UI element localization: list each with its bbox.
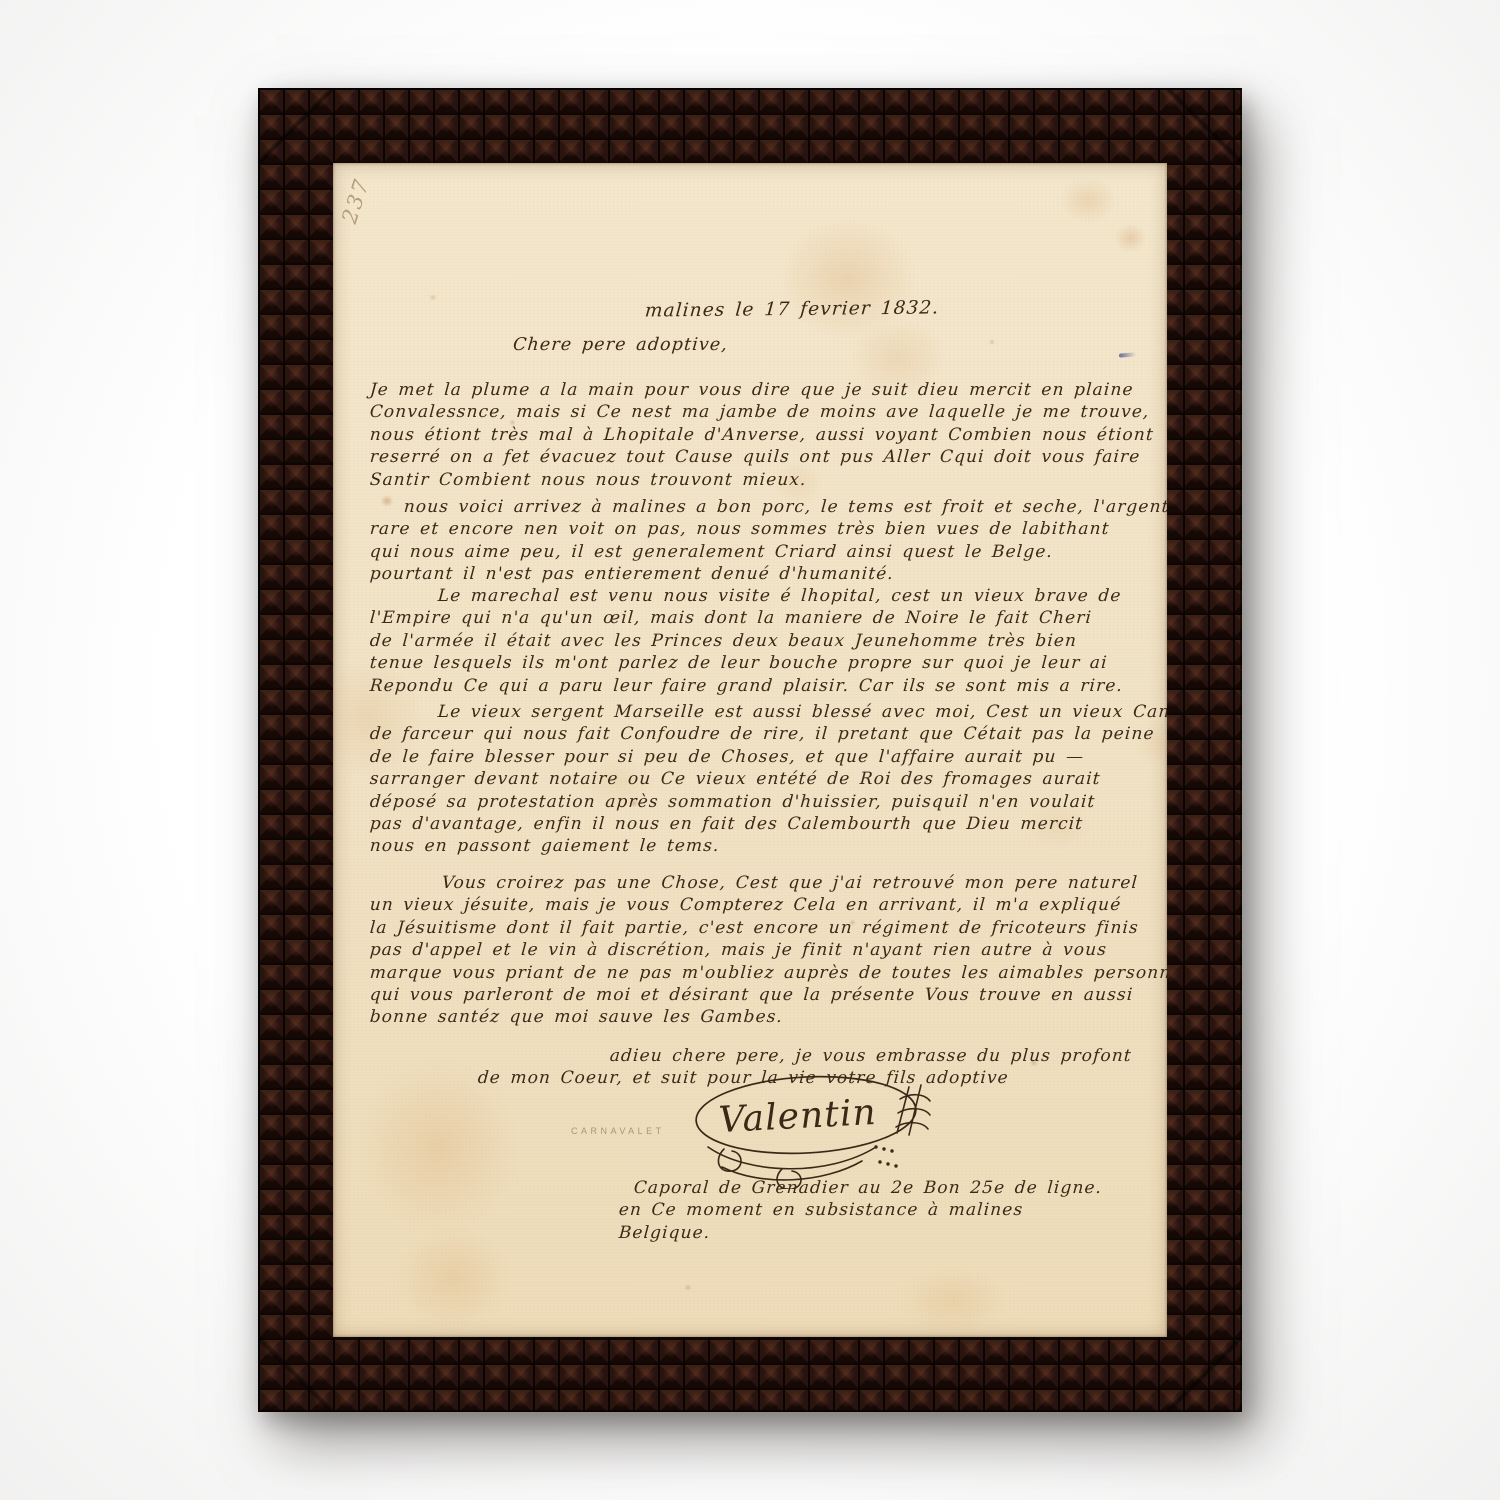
letter-line: nous en passont gaiement le tems.: [369, 835, 1161, 857]
letter-dateline: malines le 17 fevrier 1832.: [644, 297, 940, 321]
letter-line: de farceur qui nous fait Confoudre de ri…: [369, 723, 1161, 745]
letter-line: un vieux jésuite, mais je vous Compterez…: [369, 894, 1161, 916]
letter-line: Le marechal est venu nous visite é lhopi…: [369, 585, 1161, 607]
stain-blob: [988, 338, 996, 346]
stain-blob: [1108, 218, 1153, 258]
frame-corner-seam: [258, 88, 333, 163]
letter-line: Convalessnce, mais si Ce nest ma jambe d…: [369, 401, 1161, 423]
blue-ink-mark: [1119, 352, 1136, 357]
letter-line: pas d'appel et le vin à discrétion, mais…: [369, 939, 1161, 961]
postscript-line: Caporal de Grenadier au 2e Bon 25e de li…: [618, 1177, 1167, 1199]
paraph-dots: [874, 1145, 897, 1167]
closing-line: adieu chere pere, je vous embrasse du pl…: [369, 1045, 1161, 1067]
letter-line: reserré on a fet évacuez tout Cause quil…: [369, 446, 1161, 468]
letter-line: Santir Combient nous nous trouvont mieux…: [369, 469, 1161, 491]
stain-blob: [428, 293, 438, 302]
letter-line: l'Empire qui n'a qu'un œil, mais dont la…: [369, 607, 1161, 629]
letter-line: pas d'avantage, enfin il nous en fait de…: [369, 813, 1161, 835]
letter-paper: 237 malines le 17 fevrier 1832. Chere pe…: [333, 163, 1167, 1337]
letter-line: marque vous priant de ne pas m'oubliez a…: [369, 962, 1161, 984]
letter-line: sarranger devant notaire ou Ce vieux ent…: [369, 768, 1161, 790]
letter-line: la Jésuitisme dont il fait partie, c'est…: [369, 917, 1161, 939]
letter-line: nous voici arrivez à malines a bon porc,…: [369, 496, 1161, 518]
letter-line: Repondu Ce qui a paru leur faire grand p…: [369, 675, 1161, 697]
letter-paragraph-5: Vous croirez pas une Chose, Cest que j'a…: [369, 872, 1159, 1029]
stain-blob: [373, 1203, 533, 1337]
signature-name: Valentin: [718, 1092, 878, 1141]
frame-corner-seam: [1167, 88, 1242, 163]
stain-blob: [1048, 168, 1128, 233]
postscript-line: Belgique.: [618, 1222, 1167, 1244]
postscript-line: en Ce moment en subsistance à malines: [618, 1199, 1167, 1221]
pencil-annotation: 237: [337, 177, 404, 236]
letter-line: qui nous aime peu, il est generalement C…: [369, 541, 1161, 563]
letter-line: pourtant il n'est pas entierement denué …: [369, 563, 1161, 585]
pencil-annotation-text: 237: [337, 175, 374, 226]
letter-line: de l'armée il était avec les Princes deu…: [369, 630, 1161, 652]
letter-line: de le faire blesser pour si peu de Chose…: [369, 746, 1161, 768]
letter-line: Je met la plume a la main pour vous dire…: [369, 379, 1161, 401]
letter-line: nous étiont très mal à Lhopitale d'Anver…: [369, 424, 1161, 446]
letter-paragraph-4: Le vieux sergent Marseille est aussi ble…: [369, 701, 1159, 858]
stain-blob: [753, 193, 943, 363]
letter-line: rare et encore nen voit on pas, nous som…: [369, 518, 1161, 540]
letter-salutation: Chere pere adoptive,: [512, 335, 729, 355]
frame-corner-seam: [258, 1337, 333, 1412]
artwork-frame: 237 malines le 17 fevrier 1832. Chere pe…: [258, 88, 1242, 1412]
letter-line: bonne santéz que moi sauve les Gambes.: [369, 1006, 1161, 1028]
signature-flourish: Valentin: [678, 1071, 968, 1189]
letter-line: Vous croirez pas une Chose, Cest que j'a…: [369, 872, 1161, 894]
stain-blob: [878, 1253, 1028, 1337]
letter-line: Le vieux sergent Marseille est aussi ble…: [369, 701, 1161, 723]
letter-postscript: Caporal de Grenadier au 2e Bon 25e de li…: [618, 1177, 1167, 1244]
letter-paragraph-3: Le marechal est venu nous visite é lhopi…: [369, 585, 1159, 697]
collection-stamp: CARNAVALET: [571, 1126, 665, 1136]
photo-of-framed-letter: { "artwork": { "description_label": "fra…: [0, 0, 1500, 1500]
stain-blob: [683, 1283, 693, 1292]
letter-paragraph-1: Je met la plume a la main pour vous dire…: [369, 379, 1159, 491]
letter-line: tenue lesquels ils m'ont parlez de leur …: [369, 652, 1161, 674]
letter-paragraph-2: nous voici arrivez à malines a bon porc,…: [369, 496, 1159, 586]
letter-line: qui vous parleront de moi et désirant qu…: [369, 984, 1161, 1006]
letter-line: déposé sa protestation après sommation d…: [369, 791, 1161, 813]
frame-corner-seam: [1167, 1337, 1242, 1412]
